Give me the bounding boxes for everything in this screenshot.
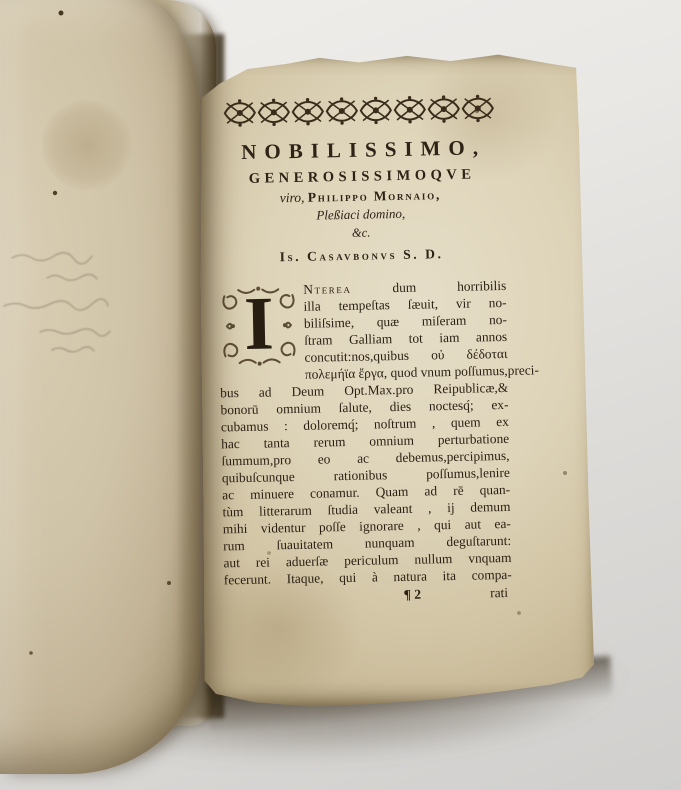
salutation-line: Is. Casavbonvs S. D. [217,245,505,267]
incipit-smallcaps: Nterea [303,281,352,297]
paper-stain [42,100,132,190]
dedication-line-1: NOBILISSIMO, [215,135,503,166]
dropcap-letter: I [218,275,300,373]
signature-mark: ¶ 2 [403,586,421,603]
addressee-name: Philippo Mornaio, [308,187,442,205]
book-photo: NOBILISSIMO, GENEROSISSIMOQVE viro, Phil… [0,0,681,790]
recto-printed-page: NOBILISSIMO, GENEROSISSIMOQVE viro, Phil… [200,52,598,707]
addressee-prefix: viro, [280,190,305,205]
printed-text-area: NOBILISSIMO, GENEROSISSIMOQVE viro, Phil… [194,48,605,711]
woodcut-initial: I [218,283,300,370]
ink-showthrough-writing [0,244,162,364]
body-paragraph: I Nterea dum horribilis illa tempeſtas ſ… [218,277,512,606]
spacer [224,586,404,606]
dedication-line-2: GENEROSISSIMOQVE [216,166,504,189]
headpiece-ornament-band-icon [215,92,504,132]
spacer [421,584,490,602]
et-cetera: &c. [217,223,505,244]
addressee-title: Pleßiaci domino, [217,204,505,226]
incipit-rest: dum horribilis [351,278,506,296]
text-block: NOBILISSIMO, GENEROSISSIMOQVE viro, Phil… [215,92,513,606]
verso-blank-page [0,0,200,774]
catchword: rati [490,584,508,601]
